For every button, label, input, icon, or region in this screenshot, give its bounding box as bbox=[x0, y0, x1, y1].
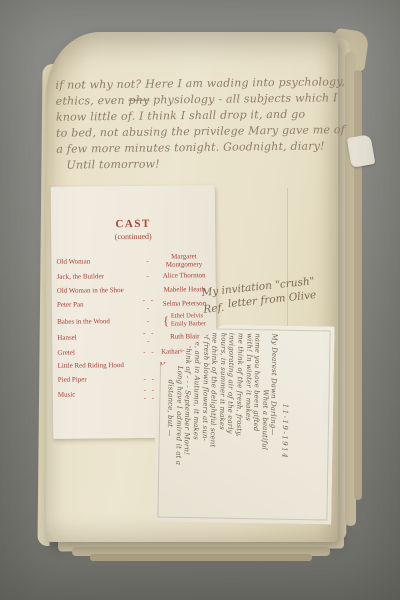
brace-glyph: { bbox=[163, 314, 169, 327]
diary-line-part: physiology - all subjects which I bbox=[149, 91, 337, 106]
diary-line-part: ethics, even bbox=[56, 94, 129, 108]
role-label: Gretel bbox=[57, 349, 141, 358]
diary-line: a few more minutes tonight. Goodnight, d… bbox=[56, 138, 334, 157]
actor-name: Alice Thornton bbox=[157, 272, 212, 280]
role-label: Peter Pan bbox=[57, 301, 141, 310]
annotation-ref: Ref. bbox=[203, 301, 225, 317]
diary-handwriting: if not why not? Here I am wading into ps… bbox=[55, 74, 334, 173]
dash-separator: - - bbox=[141, 348, 157, 356]
strikethrough-word: phy bbox=[128, 94, 149, 107]
role-label: Jack, the Builder bbox=[57, 273, 141, 282]
actor-name: Ethel Delvis bbox=[171, 312, 206, 321]
role-label: Old Woman in the Shoe bbox=[57, 286, 141, 295]
role-label: Hansel bbox=[57, 334, 141, 343]
dash-separator: - bbox=[141, 317, 157, 325]
role-label: Old Woman bbox=[56, 258, 140, 267]
actor-name: Emily Barber bbox=[171, 321, 206, 330]
photo-of-diary: if not why not? Here I am wading into ps… bbox=[0, 0, 400, 600]
letter-handwriting: 11-19-1914 My Dearest Dawn Darling— What… bbox=[164, 332, 291, 518]
dash-separator: - bbox=[141, 273, 157, 281]
role-label: Pied Piper bbox=[58, 376, 142, 385]
dash-separator: - - bbox=[142, 376, 158, 384]
role-label: Little Red Riding Hood bbox=[58, 362, 142, 371]
bottom-page-edge-3 bbox=[90, 554, 312, 561]
dash-separator: - bbox=[140, 258, 156, 266]
cast-row: Peter Pan - - - Selma Peterson bbox=[57, 296, 212, 313]
pinned-letter-card: 11-19-1914 My Dearest Dawn Darling— What… bbox=[153, 323, 334, 524]
actor-name: Margaret Montgomery bbox=[156, 254, 211, 270]
role-label: Music bbox=[58, 391, 142, 400]
cast-row: Hansel - - - Ruth Blair bbox=[57, 329, 212, 346]
actor-name-stack: Ethel Delvis Emily Barber bbox=[171, 312, 206, 330]
dash-separator: - - - bbox=[141, 330, 157, 346]
page-fore-edge-3 bbox=[354, 70, 362, 500]
cast-row: Babes in the Wood - { Ethel Delvis Emily… bbox=[57, 312, 212, 331]
dash-separator: - - - bbox=[141, 297, 157, 313]
handwritten-annotation: My invitation "crush" Ref.letter from Ol… bbox=[201, 270, 355, 314]
diary-page: if not why not? Here I am wading into ps… bbox=[46, 32, 338, 542]
protruding-paper-sliver bbox=[347, 134, 376, 168]
role-label: Babes in the Wood bbox=[57, 318, 141, 327]
cast-row: Old Woman - Margaret Montgomery bbox=[56, 254, 211, 271]
cast-subheading: (continued) bbox=[51, 231, 215, 242]
diary-line: Until tomorrow! bbox=[66, 154, 334, 173]
